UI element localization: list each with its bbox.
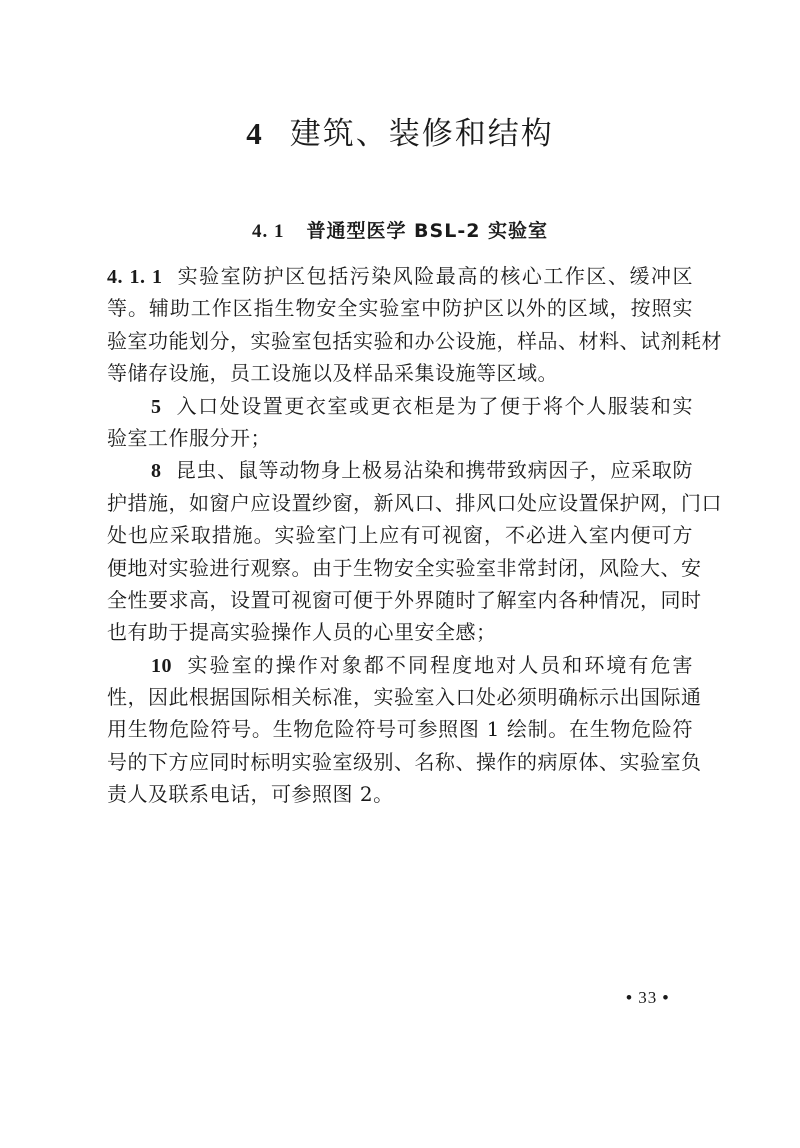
- page-number: • 33 •: [626, 988, 706, 1008]
- paragraph-line: 用生物危险符号。生物危险符号可参照图 1 绘制。在生物危险符: [107, 713, 693, 745]
- section-heading: 4. 1普通型医学 BSL-2 实验室: [0, 217, 800, 246]
- bullet-icon: •: [626, 988, 633, 1007]
- paragraph-line: 号的下方应同时标明实验室级别、名称、操作的病原体、实验室负: [107, 746, 693, 778]
- clause-number: 10: [151, 655, 172, 677]
- paragraph-line: 8昆虫、鼠等动物身上极易沾染和携带致病因子，应采取防: [107, 454, 693, 486]
- paragraph-line: 护措施，如窗户应设置纱窗，新风口、排风口处应设置保护网，门口: [107, 487, 693, 519]
- paragraph-line: 验室功能划分，实验室包括实验和办公设施，样品、材料、试剂耗材: [107, 325, 693, 357]
- paragraph-line: 验室工作服分开；: [107, 422, 693, 454]
- section-number: 4. 1: [252, 221, 285, 242]
- paragraph-line: 便地对实验进行观察。由于生物安全实验室非常封闭，风险大、安: [107, 552, 693, 584]
- section-title-text: 普通型医学 BSL-2 实验室: [306, 220, 548, 242]
- chapter-title-text: 建筑、装修和结构: [290, 116, 554, 152]
- page-number-value: 33: [638, 988, 657, 1007]
- paragraph-line: 等储存设施，员工设施以及样品采集设施等区域。: [107, 357, 693, 389]
- clause-number: 4. 1. 1: [107, 266, 163, 288]
- chapter-number: 4: [246, 116, 264, 151]
- clause-number: 5: [151, 396, 162, 418]
- paragraph-line: 处也应采取措施。实验室门上应有可视窗，不必进入室内便可方: [107, 519, 693, 551]
- paragraph-line: 10实验室的操作对象都不同程度地对人员和环境有危害: [107, 649, 693, 681]
- paragraph-line: 等。辅助工作区指生物安全实验室中防护区以外的区域，按照实: [107, 292, 693, 324]
- chapter-heading: 4建筑、装修和结构: [0, 114, 800, 154]
- bullet-icon: •: [662, 988, 669, 1007]
- paragraph-line: 责人及联系电话，可参照图 2。: [107, 778, 693, 810]
- body-text: 4. 1. 1实验室防护区包括污染风险最高的核心工作区、缓冲区 等。辅助工作区指…: [107, 260, 693, 811]
- paragraph-line: 性，因此根据国际相关标准，实验室入口处必须明确标示出国际通: [107, 681, 693, 713]
- clause-number: 8: [151, 460, 162, 482]
- paragraph-line: 也有助于提高实验操作人员的心里安全感；: [107, 616, 693, 648]
- paragraph-line: 全性要求高，设置可视窗可便于外界随时了解室内各种情况，同时: [107, 584, 693, 616]
- paragraph-line: 4. 1. 1实验室防护区包括污染风险最高的核心工作区、缓冲区: [107, 260, 693, 292]
- document-page: 4建筑、装修和结构 4. 1普通型医学 BSL-2 实验室 4. 1. 1实验室…: [0, 0, 800, 1148]
- paragraph-line: 5入口处设置更衣室或更衣柜是为了便于将个人服装和实: [107, 390, 693, 422]
